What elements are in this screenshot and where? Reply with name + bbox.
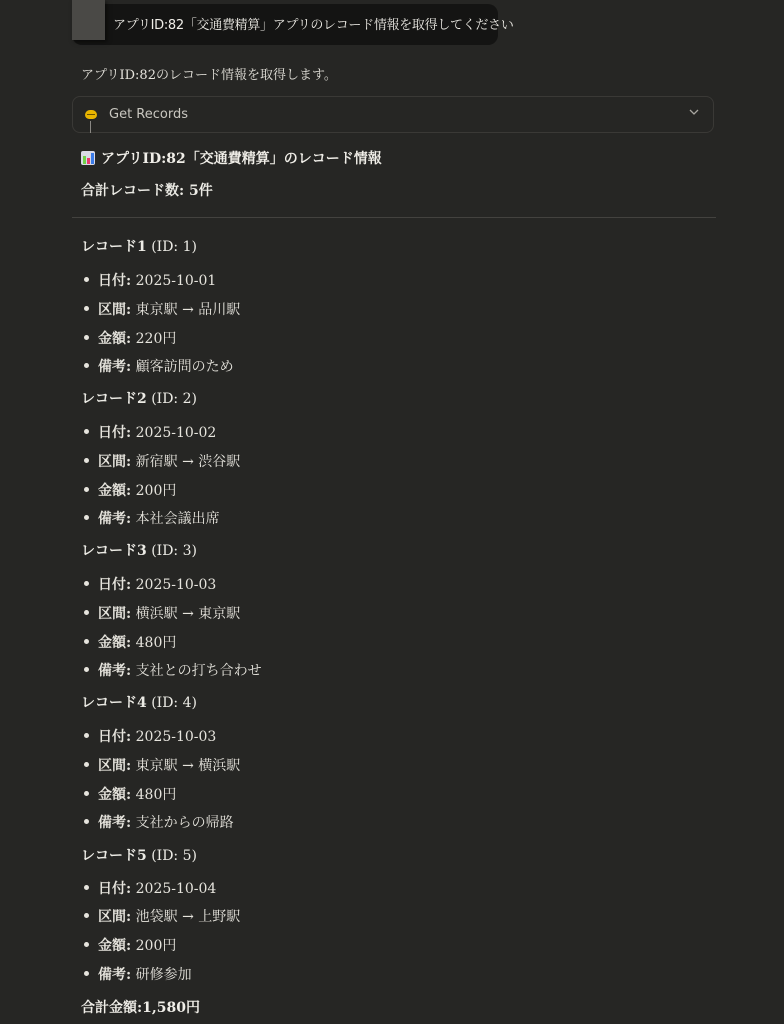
record-title: レコード2 (ID: 2) bbox=[81, 388, 197, 408]
list-item: 金額: 200円 bbox=[84, 935, 176, 955]
record-label: レコード1 bbox=[81, 239, 147, 255]
list-item: 備考: 本社会議出席 bbox=[84, 508, 220, 528]
kintone-icon bbox=[85, 110, 97, 119]
records-heading-text: アプリID:82「交通費精算」のレコード情報 bbox=[101, 148, 382, 168]
record-id: (ID: 2) bbox=[151, 391, 197, 407]
tool-call-label: Get Records bbox=[109, 107, 188, 122]
list-item: 日付: 2025-10-01 bbox=[84, 270, 216, 290]
record-id: (ID: 3) bbox=[151, 543, 197, 559]
grand-total-label: 合計金額: bbox=[81, 1000, 142, 1016]
record-title: レコード4 (ID: 4) bbox=[81, 692, 197, 712]
total-record-count-label: 合計レコード数: bbox=[81, 183, 184, 199]
list-item: 金額: 200円 bbox=[84, 480, 176, 500]
chevron-down-icon[interactable] bbox=[689, 107, 699, 117]
list-item: 備考: 支社との打ち合わせ bbox=[84, 660, 262, 680]
list-item: 日付: 2025-10-04 bbox=[84, 878, 216, 898]
list-item: 備考: 支社からの帰路 bbox=[84, 812, 234, 832]
user-attachment-thumbnail[interactable] bbox=[72, 0, 105, 40]
tool-call-get-records[interactable]: Get Records bbox=[72, 96, 714, 133]
total-record-count-value: 5件 bbox=[189, 183, 213, 199]
bar-chart-icon bbox=[81, 151, 95, 165]
list-item: 区間: 東京駅 → 品川駅 bbox=[84, 299, 240, 319]
record-id: (ID: 1) bbox=[151, 239, 197, 255]
record-title: レコード5 (ID: 5) bbox=[81, 845, 197, 865]
list-item: 備考: 研修参加 bbox=[84, 964, 192, 984]
list-item: 金額: 480円 bbox=[84, 784, 176, 804]
total-record-count: 合計レコード数: 5件 bbox=[81, 180, 213, 200]
grand-total: 合計金額:1,580円 bbox=[81, 997, 200, 1017]
list-item: 日付: 2025-10-03 bbox=[84, 726, 216, 746]
record-label: レコード5 bbox=[81, 848, 147, 864]
list-item: 区間: 池袋駅 → 上野駅 bbox=[84, 906, 240, 926]
record-label: レコード3 bbox=[81, 543, 147, 559]
list-item: 金額: 220円 bbox=[84, 328, 176, 348]
list-item: 備考: 顧客訪問のため bbox=[84, 356, 234, 376]
record-id: (ID: 5) bbox=[151, 848, 197, 864]
grand-total-value: 1,580円 bbox=[142, 1000, 200, 1016]
list-item: 区間: 新宿駅 → 渋谷駅 bbox=[84, 451, 240, 471]
user-message-text: アプリID:82「交通費精算」アプリのレコード情報を取得してください bbox=[113, 14, 514, 33]
record-id: (ID: 4) bbox=[151, 695, 197, 711]
list-item: 日付: 2025-10-03 bbox=[84, 574, 216, 594]
list-item: 金額: 480円 bbox=[84, 632, 176, 652]
list-item: 区間: 横浜駅 → 東京駅 bbox=[84, 603, 240, 623]
record-label: レコード4 bbox=[81, 695, 147, 711]
record-label: レコード2 bbox=[81, 391, 147, 407]
tool-connector-line bbox=[90, 121, 91, 133]
list-item: 日付: 2025-10-02 bbox=[84, 422, 216, 442]
horizontal-divider bbox=[72, 217, 716, 218]
records-heading: アプリID:82「交通費精算」のレコード情報 bbox=[81, 148, 382, 168]
list-item: 区間: 東京駅 → 横浜駅 bbox=[84, 755, 240, 775]
assistant-intro-text: アプリID:82のレコード情報を取得します。 bbox=[81, 64, 337, 83]
record-title: レコード1 (ID: 1) bbox=[81, 236, 197, 256]
record-title: レコード3 (ID: 3) bbox=[81, 540, 197, 560]
